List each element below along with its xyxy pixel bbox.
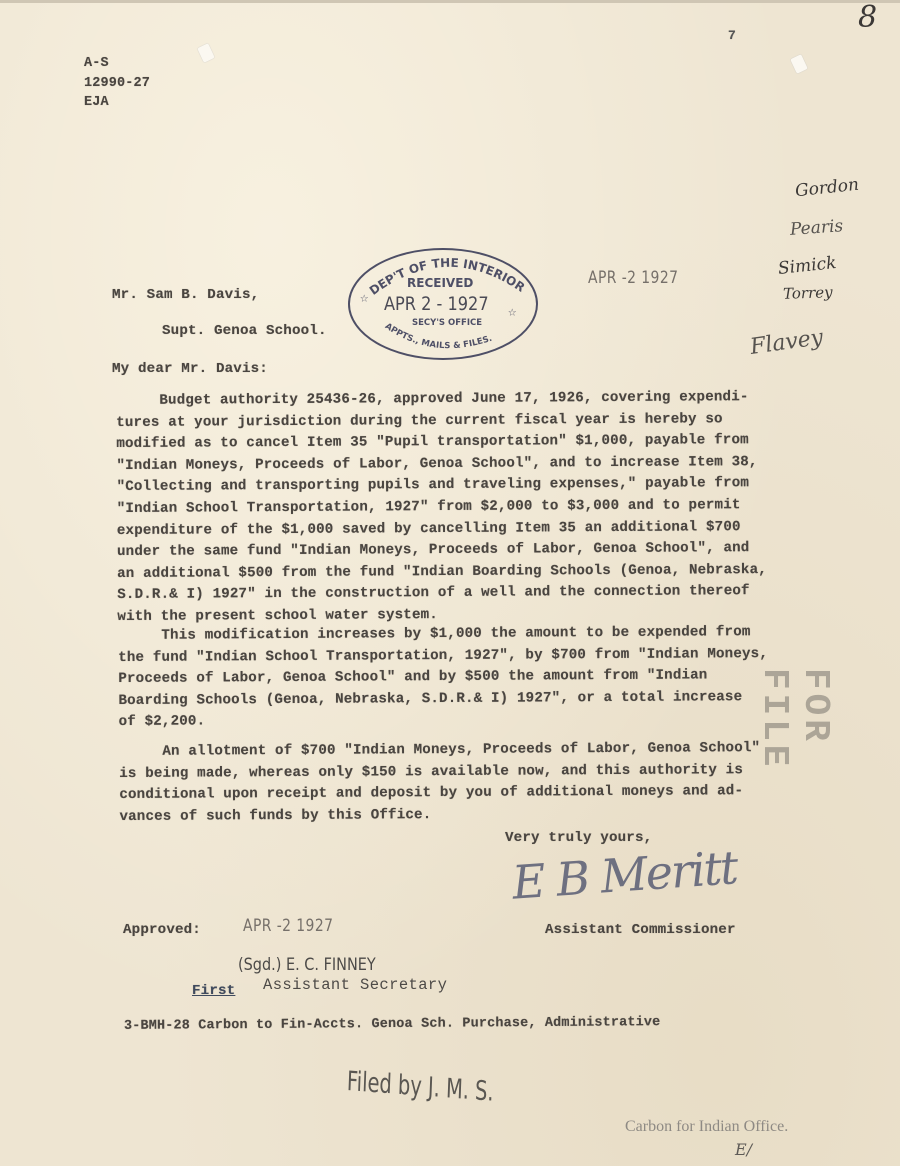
body-line: S.D.R.& I) 1927" in the construction of … xyxy=(117,581,767,607)
salutation: My dear Mr. Davis: xyxy=(112,361,268,377)
approval-label: Approved: xyxy=(123,922,201,938)
body-paragraph-3: An allotment of $700 "Indian Moneys, Pro… xyxy=(119,738,761,828)
reference-initials: EJA xyxy=(84,94,109,112)
handwritten-initial: Gordon xyxy=(794,175,860,202)
approval-signed-name: (Sgd.) E. C. FINNEY xyxy=(238,955,376,975)
svg-text:☆: ☆ xyxy=(360,291,369,307)
punch-hole xyxy=(790,54,808,74)
body-line: vances of such funds by this Office. xyxy=(119,803,760,829)
approval-title: Assistant Secretary xyxy=(263,976,447,994)
addressee-title: Supt. Genoa School. xyxy=(162,323,327,339)
addressee-name: Mr. Sam B. Davis, xyxy=(112,287,259,303)
page-number: 7 xyxy=(728,28,736,43)
handwritten-initial: Simick xyxy=(777,253,837,279)
approval-date-stamp: APR -2 1927 xyxy=(243,916,333,936)
signer-title: Assistant Commissioner xyxy=(545,922,736,938)
carbon-note: Carbon for Indian Office. xyxy=(625,1118,788,1136)
punch-hole xyxy=(197,43,215,63)
handwritten-initial: Torrey xyxy=(783,283,833,303)
reference-code-1: A-S xyxy=(84,55,109,73)
distribution-line: 3-BMH-28 Carbon to Fin-Accts. Genoa Sch.… xyxy=(124,1015,660,1034)
page-edge xyxy=(0,0,900,3)
body-line: Boarding Schools (Genoa, Nebraska, S.D.R… xyxy=(118,687,768,713)
received-stamp-label: RECEIVED xyxy=(407,276,473,290)
reference-code-2: 12990-27 xyxy=(84,75,150,93)
handwritten-folio-number: 8 xyxy=(858,0,877,35)
letter-page: 7 8 A-S 12990-27 EJA Gordon Pearis Simic… xyxy=(0,0,900,1166)
received-stamp-date: APR 2 - 1927 xyxy=(384,293,489,315)
for-file-stamp: FOR FILE xyxy=(754,668,836,770)
closing: Very truly yours, xyxy=(505,830,652,846)
handwritten-initial: Flavey xyxy=(749,325,825,360)
bottom-handwritten-initial: E/ xyxy=(735,1140,752,1159)
date-stamp: APR -2 1927 xyxy=(588,268,678,288)
filed-by-stamp: Filed by J. M. S. xyxy=(346,1066,494,1108)
svg-text:☆: ☆ xyxy=(508,305,517,321)
body-line: conditional upon receipt and deposit by … xyxy=(119,781,760,807)
approval-title-prefix: First xyxy=(192,983,235,999)
signature-meritt: E B Meritt xyxy=(510,840,738,910)
handwritten-initial: Pearis xyxy=(789,216,843,240)
body-line: of $2,200. xyxy=(119,708,769,734)
received-stamp-office: SECY'S OFFICE xyxy=(412,318,482,328)
body-paragraph-1: Budget authority 25436-26, approved June… xyxy=(116,387,767,628)
body-paragraph-2: This modification increases by $1,000 th… xyxy=(118,622,768,734)
